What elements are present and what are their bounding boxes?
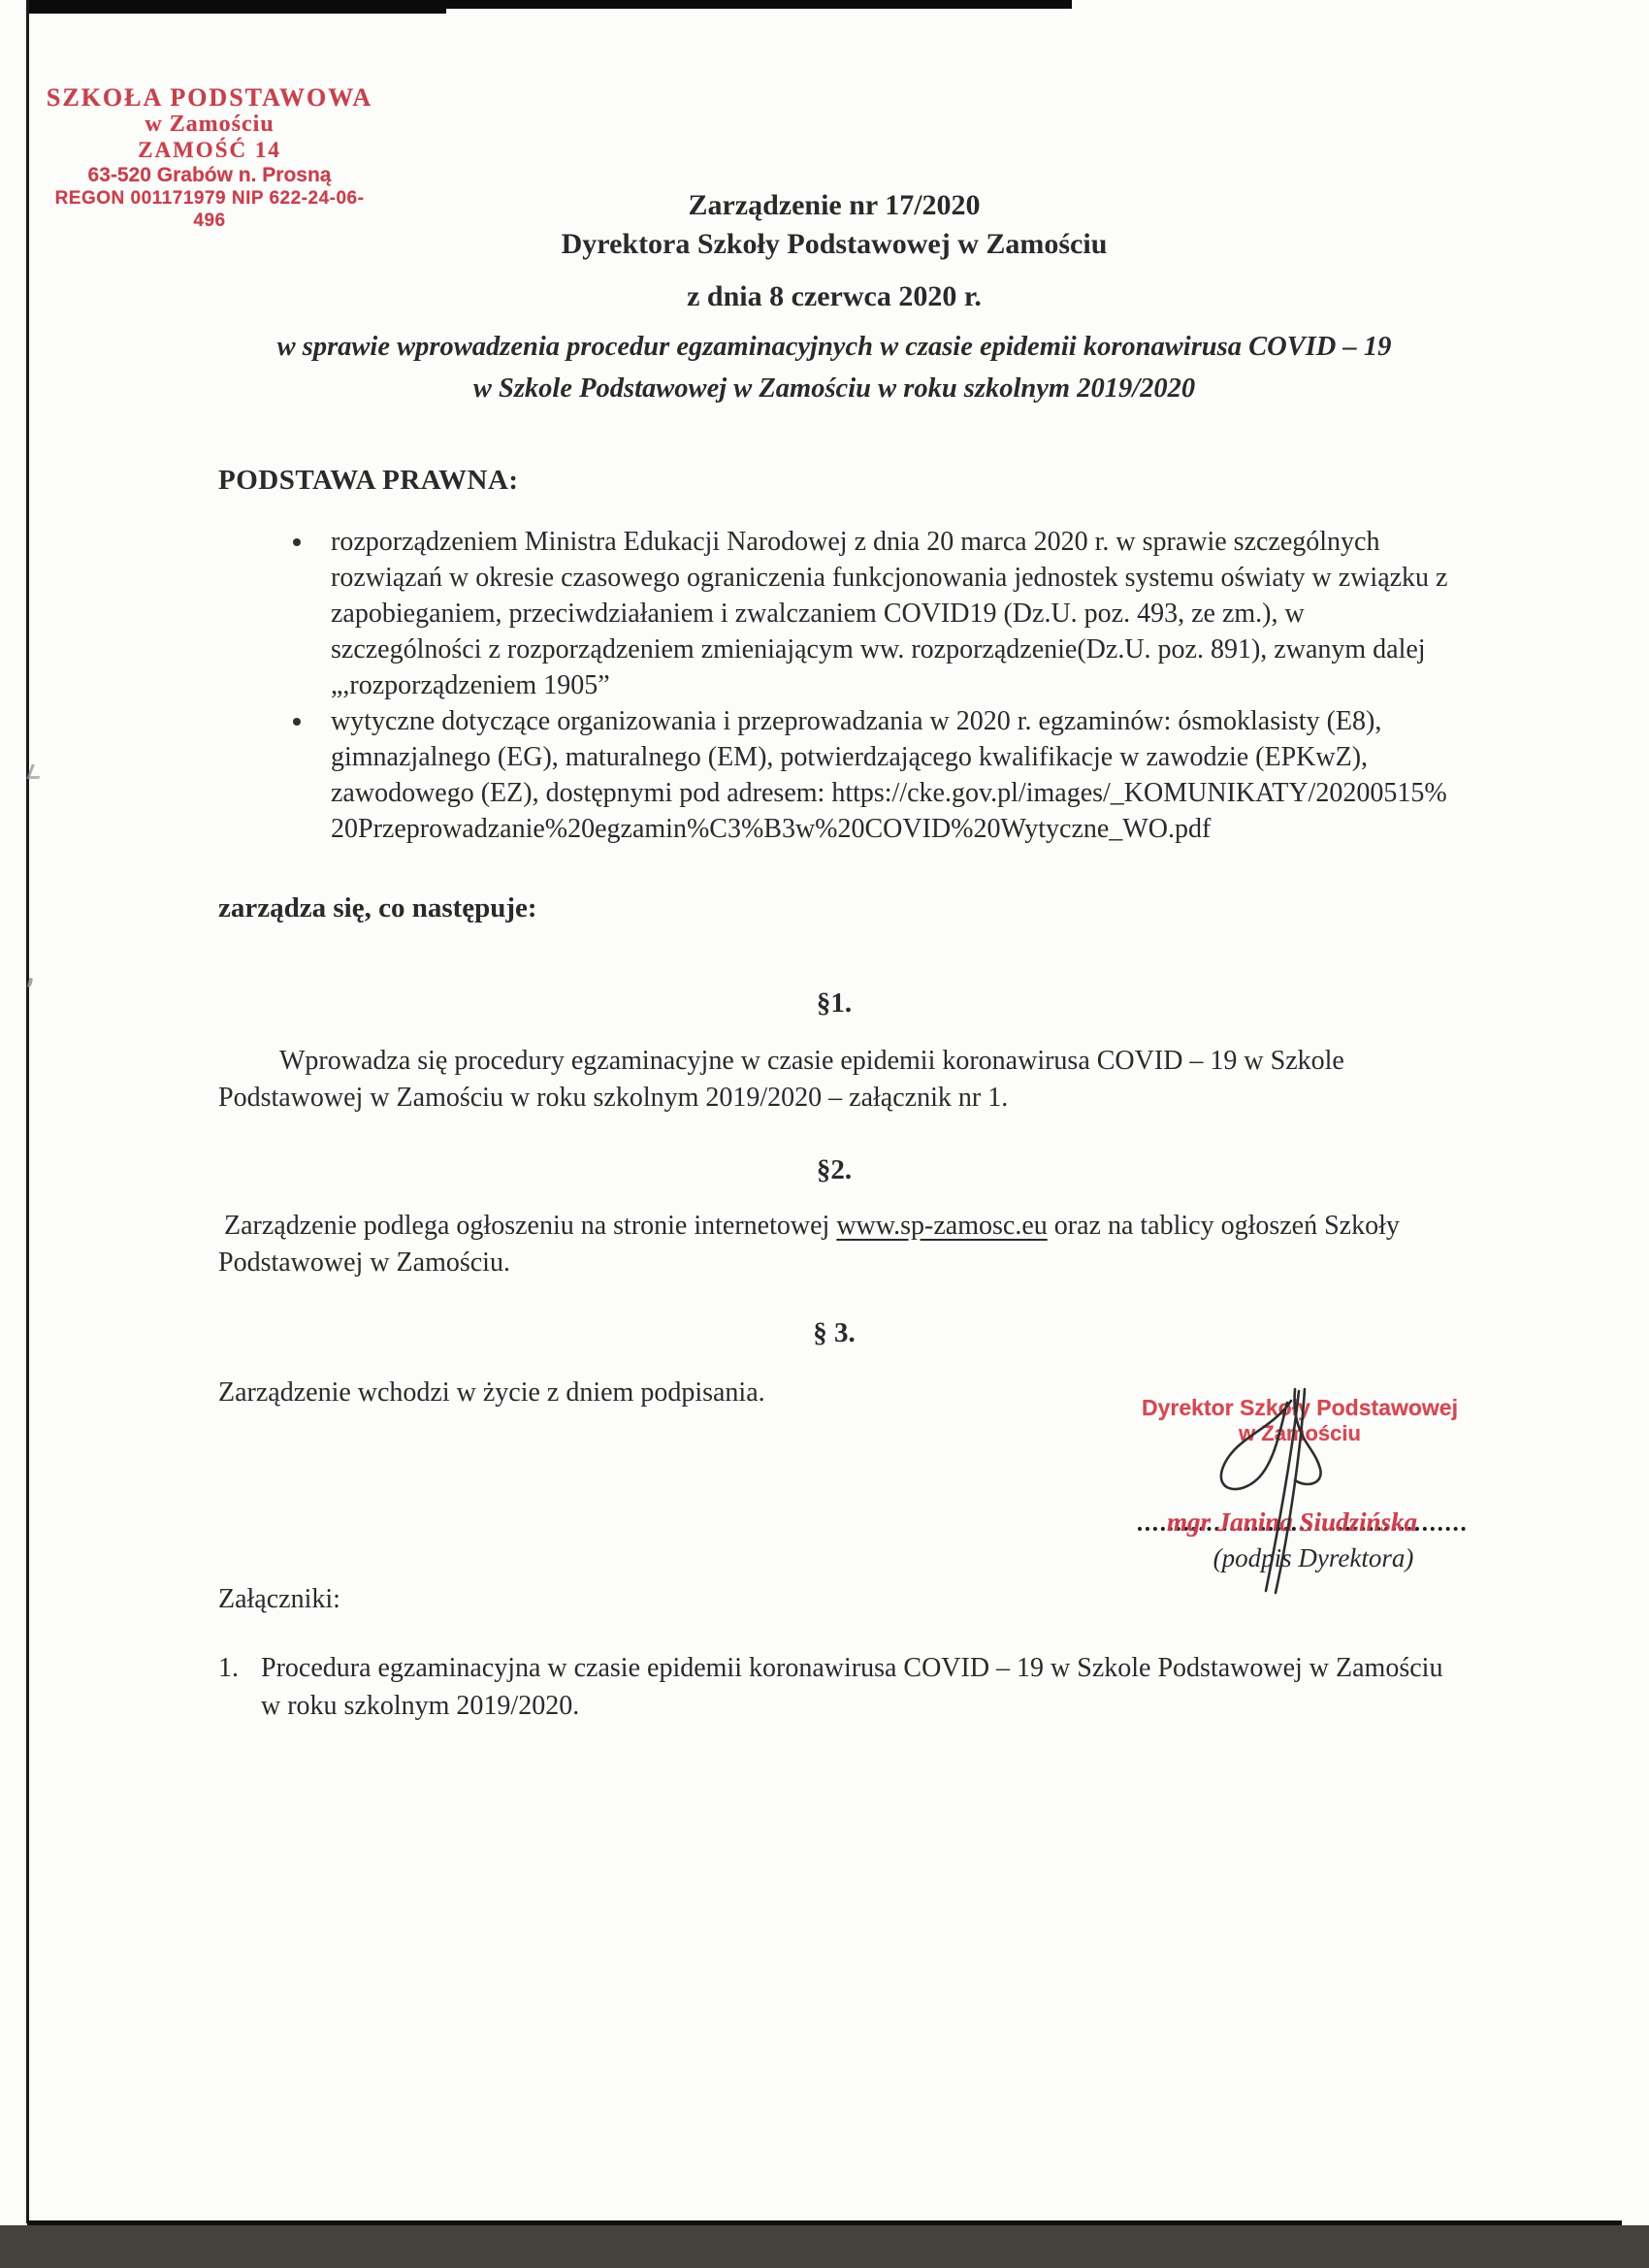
attachment-item: 1. Procedura egzaminacyjna w czasie epid… [218,1649,1450,1725]
section-1-label: §1. [218,985,1450,1021]
section-3-label: § 3. [218,1314,1450,1351]
section-1-paragraph: Wprowadza się procedury egzaminacyjne w … [218,1043,1450,1117]
signature-caption: (podpis Dyrektora) [1140,1543,1460,1573]
legal-basis-item-text: rozporządzeniem Ministra Edukacji Narodo… [331,527,1447,700]
document-title-issuer: Dyrektora Szkoły Podstawowej w Zamościu [218,225,1450,264]
legal-basis-item: rozporządzeniem Ministra Edukacji Narodo… [315,524,1450,703]
attachment-number: 1. [218,1649,261,1725]
subject-line1: w sprawie wprowadzenia procedur egzamina… [218,326,1450,368]
director-name-stamp: mgr Janina Siudzińska [1124,1507,1460,1538]
subject-line2: w Szkole Podstawowej w Zamościu w roku s… [218,368,1450,409]
section-2-label: §2. [218,1151,1450,1188]
director-title-line1: Dyrektor Szkoły Podstawowej [1140,1395,1460,1421]
legal-basis-list: rozporządzeniem Ministra Edukacji Narodo… [218,524,1450,847]
attachments-heading: Załączniki: [218,1581,1450,1618]
legal-basis-heading: PODSTAWA PRAWNA: [218,462,1450,499]
section-2-paragraph: Zarządzenie podlega ogłoszeniu na stroni… [218,1208,1450,1281]
order-intro: zarządza się, co następuje: [218,890,1450,926]
director-title-stamp: Dyrektor Szkoły Podstawowej w Zamościu [1140,1395,1460,1446]
scan-artifact-bottom-bar [0,2225,1649,2268]
document-subject: w sprawie wprowadzenia procedur egzamina… [218,326,1450,409]
attachment-text: Procedura egzaminacyjna w czasie epidemi… [261,1649,1450,1725]
director-title-line2: w Zamościu [1140,1421,1460,1446]
section-2-text-before: Zarządzenie podlega ogłoszeniu na stroni… [224,1211,836,1241]
document-title: Zarządzenie nr 17/2020 [218,186,1450,225]
document-date: z dnia 8 czerwca 2020 r. [218,277,1450,316]
signature-name-row: mgr Janina Siudzińska [1140,1497,1460,1539]
scanned-document-page: SZKOŁA PODSTAWOWA w Zamościu ZAMOŚĆ 14 6… [0,0,1649,2268]
school-website-link: www.sp-zamosc.eu [836,1211,1047,1241]
signature-block: Dyrektor Szkoły Podstawowej w Zamościu m… [1140,1395,1460,1573]
legal-basis-item: wytyczne dotyczące organizowania i przep… [315,703,1450,847]
